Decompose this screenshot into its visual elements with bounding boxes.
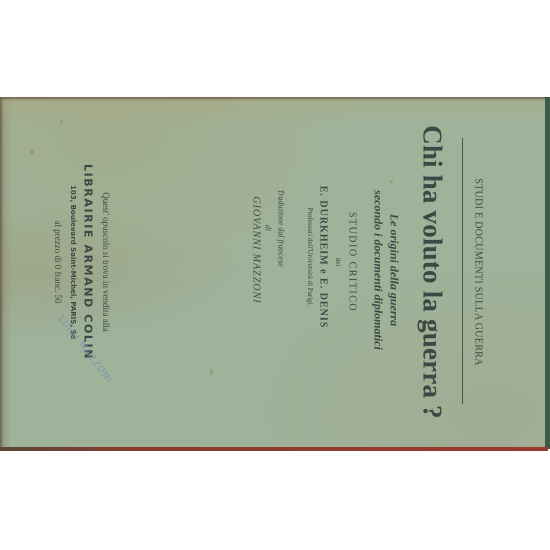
bookshop-address: 103, Boulevard Saint-Michel, PARIS, 5e: [69, 185, 77, 339]
foxing-spot: [30, 150, 34, 154]
translation-label: Traduzione dal francese: [277, 189, 286, 266]
bookshop-name: LIBRAIRIE ARMAND COLIN: [82, 164, 95, 360]
divider-rule: [462, 138, 463, 404]
series-title: STUDI E DOCUMENTI SULLA GUERRA: [473, 178, 484, 365]
translator-name: GIOVANNI MAZZONI: [251, 196, 262, 303]
subtitle-line-1: Le origini della guerra: [387, 214, 402, 326]
authors: E. DURKHEIM e E. DENIS: [318, 186, 329, 329]
foxing-spot: [390, 180, 393, 183]
translator-by: di: [264, 225, 273, 231]
subtitle-line-2: secondo i documenti diplomatici: [371, 190, 386, 350]
by-label: dei: [334, 258, 342, 267]
sale-intro: Quest' opuscolo si trova in vendita alla: [101, 192, 111, 332]
foxing-spot: [210, 370, 213, 375]
book-title: Chi ha voluto la guerra ?: [417, 125, 448, 419]
book-bottom-edge: [0, 447, 548, 451]
authors-affiliation: Professori dell'Università di Parigi.: [306, 208, 314, 306]
price: al prezzo di 0 franc. 50: [53, 221, 63, 304]
study-label: STUDIO CRITICO: [347, 212, 358, 312]
foxing-spot: [60, 120, 63, 123]
book-spine-edge: [545, 97, 550, 449]
